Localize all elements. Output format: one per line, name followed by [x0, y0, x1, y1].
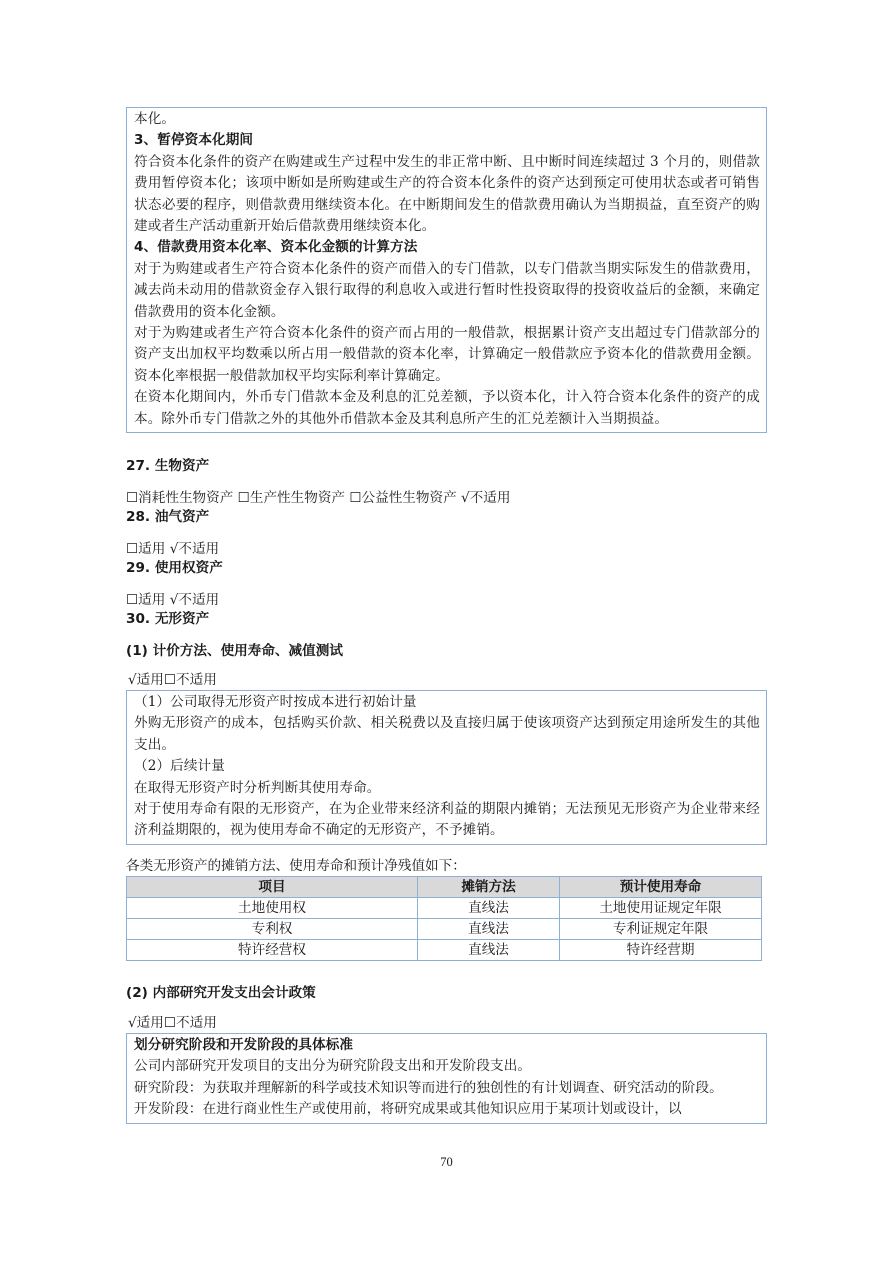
- header-useful-life: 预计使用寿命: [560, 877, 762, 898]
- box1-line-0: 本化。: [134, 109, 760, 130]
- header-method: 摊销方法: [418, 877, 560, 898]
- table-row: 特许经营权 直线法 特许经营期: [127, 940, 762, 961]
- useful-life-text: 在取得无形资产时分析判断其使用寿命。: [134, 778, 760, 799]
- cell-method: 直线法: [418, 898, 560, 919]
- section-30-sub1-options: √适用☐不适用: [128, 670, 217, 690]
- section-30-title: 30. 无形资产: [126, 609, 209, 629]
- rd-expenditure-text: 公司内部研究开发项目的支出分为研究阶段支出和开发阶段支出。: [134, 1056, 760, 1077]
- amortization-table: 项目 摊销方法 预计使用寿命 土地使用权 直线法 土地使用证规定年限 专利权 直…: [126, 876, 762, 961]
- cell-useful-life: 专利证规定年限: [560, 919, 762, 940]
- cell-item: 土地使用权: [127, 898, 418, 919]
- section-28-title: 28. 油气资产: [126, 507, 209, 527]
- table-header-row: 项目 摊销方法 预计使用寿命: [127, 877, 762, 898]
- amortization-policy-text: 对于使用寿命有限的无形资产，在为企业带来经济利益的期限内摊销；无法预见无形资产为…: [134, 799, 760, 842]
- capitalization-rate-heading: 4、借款费用资本化率、资本化金额的计算方法: [134, 237, 760, 258]
- section-30-sub2-title: (2) 内部研究开发支出会计政策: [126, 983, 316, 1003]
- section-27-options: ☐消耗性生物资产 ☐生产性生物资产 ☐公益性生物资产 √不适用: [126, 488, 510, 508]
- cell-method: 直线法: [418, 940, 560, 961]
- exchange-difference-text: 在资本化期间内，外币专门借款本金及利息的汇兑差额，予以资本化，计入符合资本化条件…: [134, 387, 760, 430]
- borrowing-cost-policy-box: 本化。 3、暂停资本化期间 符合资本化条件的资产在购建或生产过程中发生的非正常中…: [126, 107, 767, 433]
- page-number: 70: [0, 1155, 893, 1170]
- header-item: 项目: [127, 877, 418, 898]
- cell-useful-life: 土地使用证规定年限: [560, 898, 762, 919]
- cell-method: 直线法: [418, 919, 560, 940]
- rd-stage-criteria-heading: 划分研究阶段和开发阶段的具体标准: [134, 1035, 760, 1056]
- section-30-sub1-title: (1) 计价方法、使用寿命、减值测试: [126, 641, 343, 661]
- table-row: 专利权 直线法 专利证规定年限: [127, 919, 762, 940]
- development-stage-text: 开发阶段：在进行商业性生产或使用前，将研究成果或其他知识应用于某项计划或设计，以: [134, 1099, 760, 1120]
- rd-policy-box: 划分研究阶段和开发阶段的具体标准 公司内部研究开发项目的支出分为研究阶段支出和开…: [126, 1033, 767, 1124]
- section-29-title: 29. 使用权资产: [126, 558, 223, 578]
- specific-borrowing-text: 对于为购建或者生产符合资本化条件的资产而借入的专门借款，以专门借款当期实际发生的…: [134, 259, 760, 323]
- cell-useful-life: 特许经营期: [560, 940, 762, 961]
- general-borrowing-text: 对于为购建或者生产符合资本化条件的资产而占用的一般借款，根据累计资产支出超过专门…: [134, 323, 760, 387]
- intangible-measurement-box: （1）公司取得无形资产时按成本进行初始计量 外购无形资产的成本，包括购买价款、相…: [126, 690, 767, 845]
- research-stage-text: 研究阶段：为获取并理解新的科学或技术知识等而进行的独创性的有计划调查、研究活动的…: [134, 1078, 760, 1099]
- purchase-cost-text: 外购无形资产的成本，包括购买价款、相关税费以及直接归属于使该项资产达到预定用途所…: [134, 713, 760, 756]
- section-29-options: ☐适用 √不适用: [126, 590, 219, 610]
- section-27-title: 27. 生物资产: [126, 456, 209, 476]
- suspend-capitalization-text: 符合资本化条件的资产在购建或生产过程中发生的非正常中断、且中断时间连续超过 3 …: [134, 152, 760, 238]
- section-30-sub2-options: √适用☐不适用: [128, 1013, 217, 1033]
- subsequent-measurement-heading: （2）后续计量: [134, 756, 760, 777]
- cell-item: 专利权: [127, 919, 418, 940]
- table-row: 土地使用权 直线法 土地使用证规定年限: [127, 898, 762, 919]
- suspend-capitalization-heading: 3、暂停资本化期间: [134, 130, 760, 151]
- amortization-table-caption: 各类无形资产的摊销方法、使用寿命和预计净残值如下：: [126, 856, 466, 876]
- cell-item: 特许经营权: [127, 940, 418, 961]
- initial-measurement-heading: （1）公司取得无形资产时按成本进行初始计量: [134, 692, 760, 713]
- section-28-options: ☐适用 √不适用: [126, 539, 219, 559]
